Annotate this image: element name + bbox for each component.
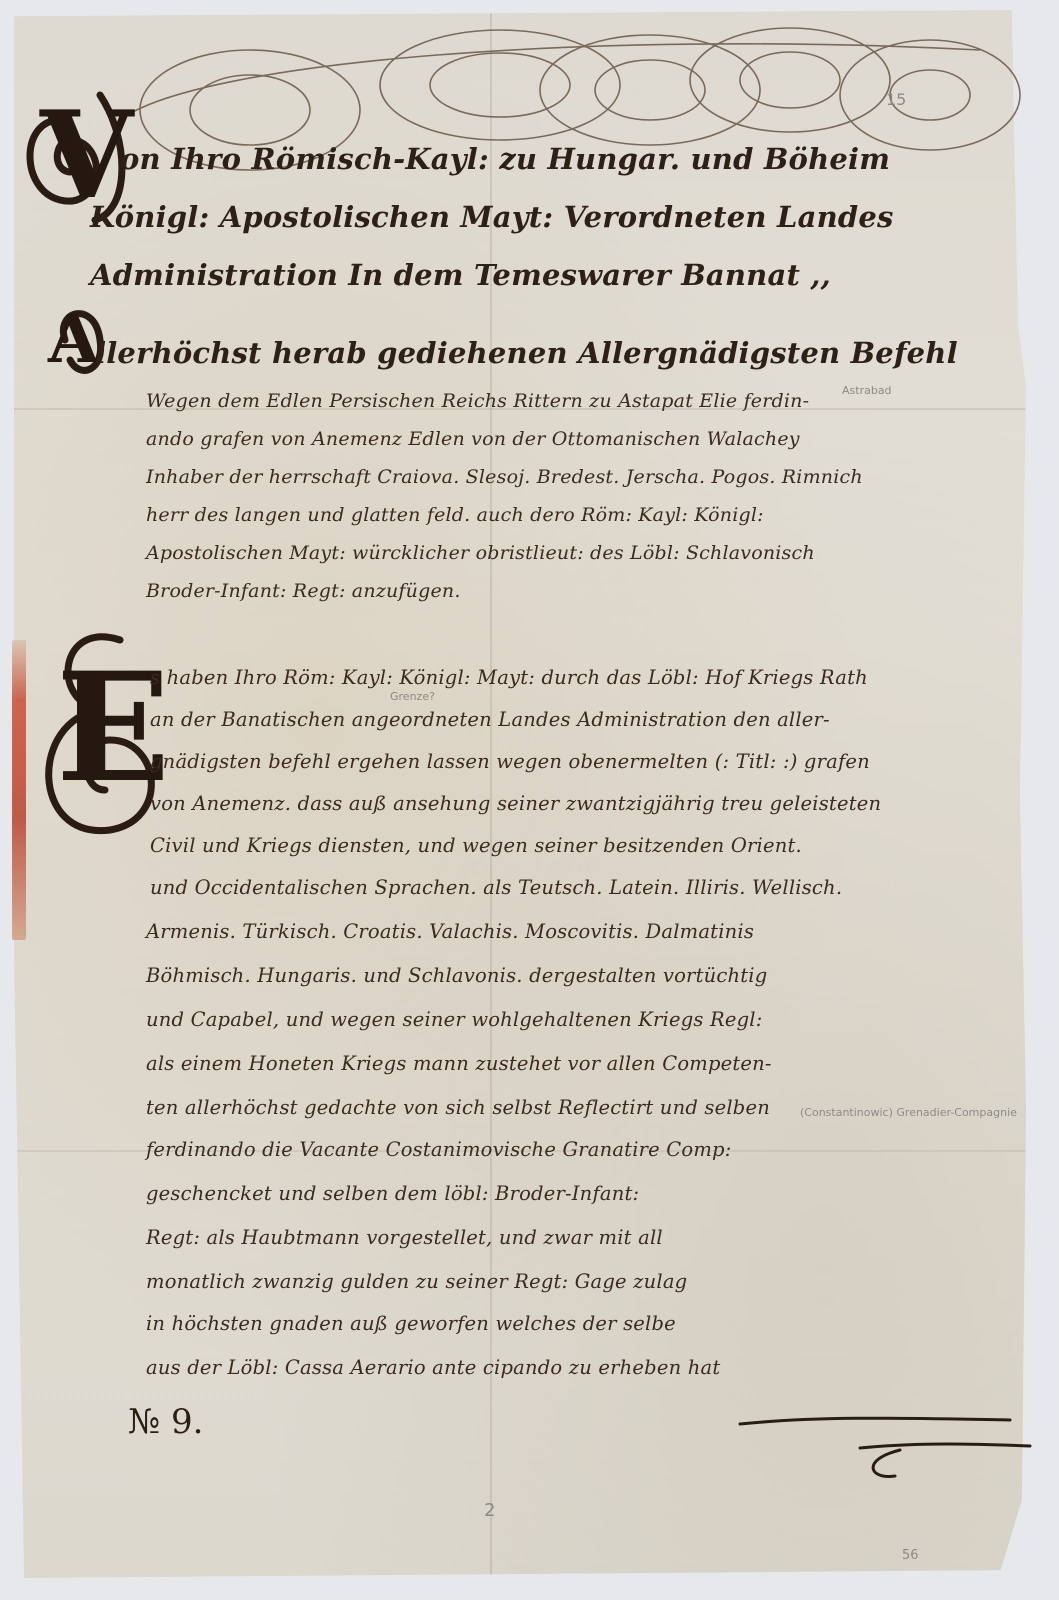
body-line-15: monatlich zwanzig gulden zu seiner Regt:… bbox=[146, 1270, 687, 1293]
subject-line-1: Wegen dem Edlen Persischen Reichs Ritter… bbox=[146, 390, 809, 412]
body-line-2: an der Banatischen angeordneten Landes A… bbox=[150, 708, 830, 731]
subject-line-2: ando grafen von Anemenz Edlen von der Ot… bbox=[146, 428, 800, 450]
pencil-middle-note: Grenze? bbox=[390, 690, 435, 703]
heading-initial-a: A bbox=[48, 300, 99, 378]
pencil-right-note: (Constantinowic) Grenadier-Compagnie bbox=[800, 1106, 1017, 1119]
heading-line-3: Administration In dem Temeswarer Bannat … bbox=[90, 258, 831, 292]
heading-line-2: Königl: Apostolischen Mayt: Verordneten … bbox=[90, 200, 894, 234]
subject-line-4: herr des langen und glatten feld. auch d… bbox=[146, 504, 764, 526]
pencil-folio-number: 15 bbox=[886, 90, 906, 109]
document-number: № 9. bbox=[128, 1402, 203, 1442]
body-line-7: Armenis. Türkisch. Croatis. Valachis. Mo… bbox=[146, 920, 754, 943]
body-line-4: von Anemenz. dass auß ansehung seiner zw… bbox=[150, 792, 881, 815]
body-line-12: ferdinando die Vacante Costanimovische G… bbox=[146, 1138, 732, 1161]
body-line-1: s haben Ihro Röm: Kayl: Königl: Mayt: du… bbox=[150, 666, 868, 689]
body-line-11: ten allerhöchst gedachte von sich selbst… bbox=[146, 1096, 770, 1119]
body-line-3: gnädigsten befehl ergehen lassen wegen o… bbox=[150, 750, 870, 773]
red-seal-strip bbox=[12, 640, 26, 940]
pencil-margin-note: Astrabad bbox=[842, 384, 892, 397]
heading-line-1: on Ihro Römisch-Kayl: zu Hungar. und Böh… bbox=[120, 142, 890, 176]
body-line-17: aus der Löbl: Cassa Aerario ante cipando… bbox=[146, 1356, 720, 1379]
body-line-10: als einem Honeten Kriegs mann zustehet v… bbox=[146, 1052, 772, 1075]
pencil-corner-mark: 56 bbox=[902, 1548, 919, 1563]
body-line-16: in höchsten gnaden auß geworfen welches … bbox=[146, 1312, 676, 1335]
subject-line-6: Broder-Infant: Regt: anzufügen. bbox=[146, 580, 461, 602]
body-line-14: Regt: als Haubtmann vorgestellet, und zw… bbox=[146, 1226, 663, 1249]
body-line-8: Böhmisch. Hungaris. und Schlavonis. derg… bbox=[146, 964, 767, 987]
body-line-6: und Occidentalischen Sprachen. als Teuts… bbox=[150, 876, 842, 899]
heading-line-4: llerhöchst herab gediehenen Allergnädigs… bbox=[95, 336, 958, 370]
subject-line-5: Apostolischen Mayt: würcklicher obristli… bbox=[146, 542, 815, 564]
body-line-5: Civil und Kriegs diensten, und wegen sei… bbox=[150, 834, 802, 857]
body-line-9: und Capabel, und wegen seiner wohlgehalt… bbox=[146, 1008, 763, 1031]
subject-line-3: Inhaber der herrschaft Craiova. Slesoj. … bbox=[146, 466, 863, 488]
body-line-13: geschencket und selben dem löbl: Broder-… bbox=[146, 1182, 639, 1205]
pencil-page-mark: 2 bbox=[484, 1500, 495, 1521]
